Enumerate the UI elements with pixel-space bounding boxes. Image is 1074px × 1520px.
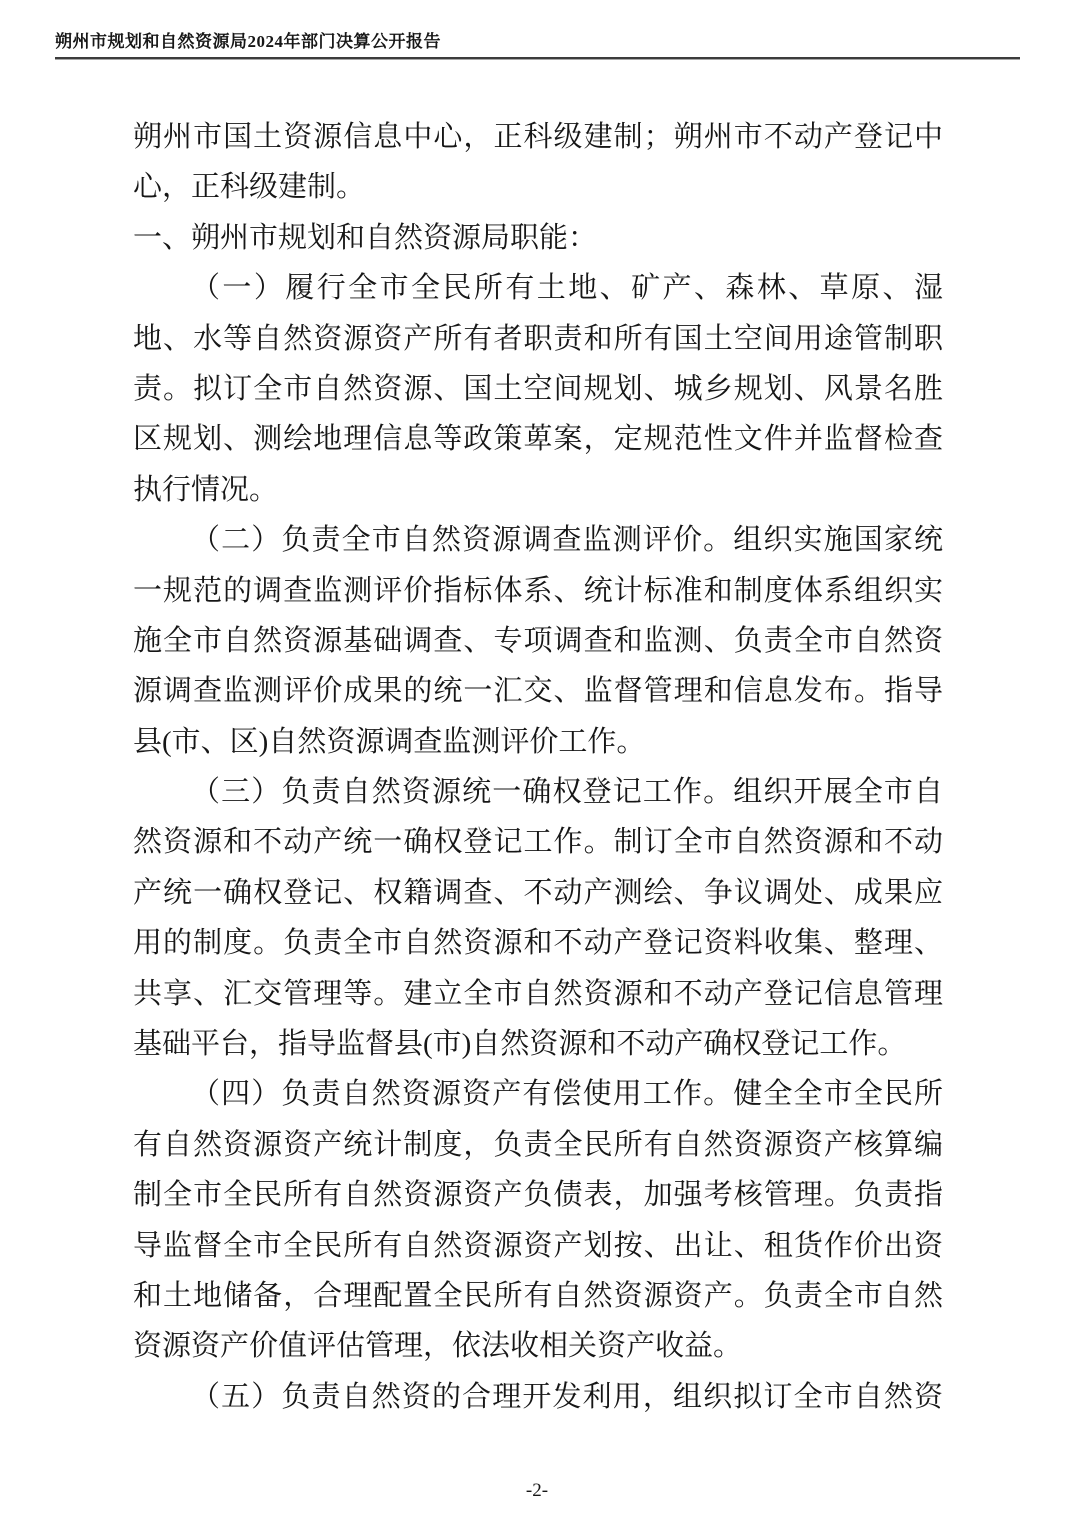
body-line: 地、水等自然资源资产所有者职责和所有国土空间用途管制职 [133, 314, 943, 364]
body-line: 有自然资源资产统计制度，负责全民所有自然资源资产核算编 [133, 1120, 943, 1170]
body-line: 施全市自然资源基础调查、专项调查和监测、负责全市自然资 [133, 616, 943, 666]
body-line: （四）负责自然资源资产有偿使用工作。健全全市全民所 [133, 1069, 943, 1119]
body-line: 一、朔州市规划和自然资源局职能： [133, 213, 943, 263]
body-line: 和土地储备，合理配置全民所有自然资源资产。负责全市自然 [133, 1271, 943, 1321]
body-line: 县(市、区)自然资源调查监测评价工作。 [133, 717, 943, 767]
body-line: 用的制度。负责全市自然资源和不动产登记资料收集、整理、 [133, 918, 943, 968]
body-line: （五）负责自然资的合理开发利用，组织拟订全市自然资 [133, 1372, 943, 1422]
body-line: 朔州市国土资源信息中心，正科级建制；朔州市不动产登记中 [133, 112, 943, 162]
header-title: 朔州市规划和自然资源局2024年部门决算公开报告 [55, 27, 1020, 52]
body-line: 产统一确权登记、权籍调查、不动产测绘、争议调处、成果应 [133, 868, 943, 918]
body-line: 心，正科级建制。 [133, 162, 943, 212]
body-line: 一规范的调查监测评价指标体系、统计标准和制度体系组织实 [133, 566, 943, 616]
document-body: 朔州市国土资源信息中心，正科级建制；朔州市不动产登记中 心，正科级建制。 一、朔… [133, 112, 943, 1422]
page-footer: -2- [0, 1480, 1074, 1502]
page-number: -2- [526, 1480, 548, 1501]
document-page: { "header": { "title": "朔州市规划和自然资源局2024年… [0, 0, 1074, 1520]
body-line: 制全市全民所有自然资源资产负债表，加强考核管理。负责指 [133, 1170, 943, 1220]
header-rule [55, 57, 1020, 60]
body-line: 资源资产价值评估管理，依法收相关资产收益。 [133, 1321, 943, 1371]
body-line: 共享、汇交管理等。建立全市自然资源和不动产登记信息管理 [133, 969, 943, 1019]
body-line: 区规划、测绘地理信息等政策萆案，定规范性文件并监督检查 [133, 414, 943, 464]
page-header: 朔州市规划和自然资源局2024年部门决算公开报告 [55, 27, 1020, 60]
body-line: 基础平台，指导监督县(市)自然资源和不动产确权登记工作。 [133, 1019, 943, 1069]
body-line: 源调查监测评价成果的统一汇交、监督管理和信息发布。指导 [133, 666, 943, 716]
body-line: 执行情况。 [133, 465, 943, 515]
body-line: 导监督全市全民所有自然资源资产划按、出让、租货作价出资 [133, 1221, 943, 1271]
body-line: （一）履行全市全民所有土地、矿产、森林、草原、湿 [133, 263, 943, 313]
body-line: （二）负责全市自然资源调查监测评价。组织实施国家统 [133, 515, 943, 565]
body-line: 然资源和不动产统一确权登记工作。制订全市自然资源和不动 [133, 817, 943, 867]
body-line: （三）负责自然资源统一确权登记工作。组织开展全市自 [133, 767, 943, 817]
body-line: 责。拟订全市自然资源、国土空间规划、城乡规划、风景名胜 [133, 364, 943, 414]
